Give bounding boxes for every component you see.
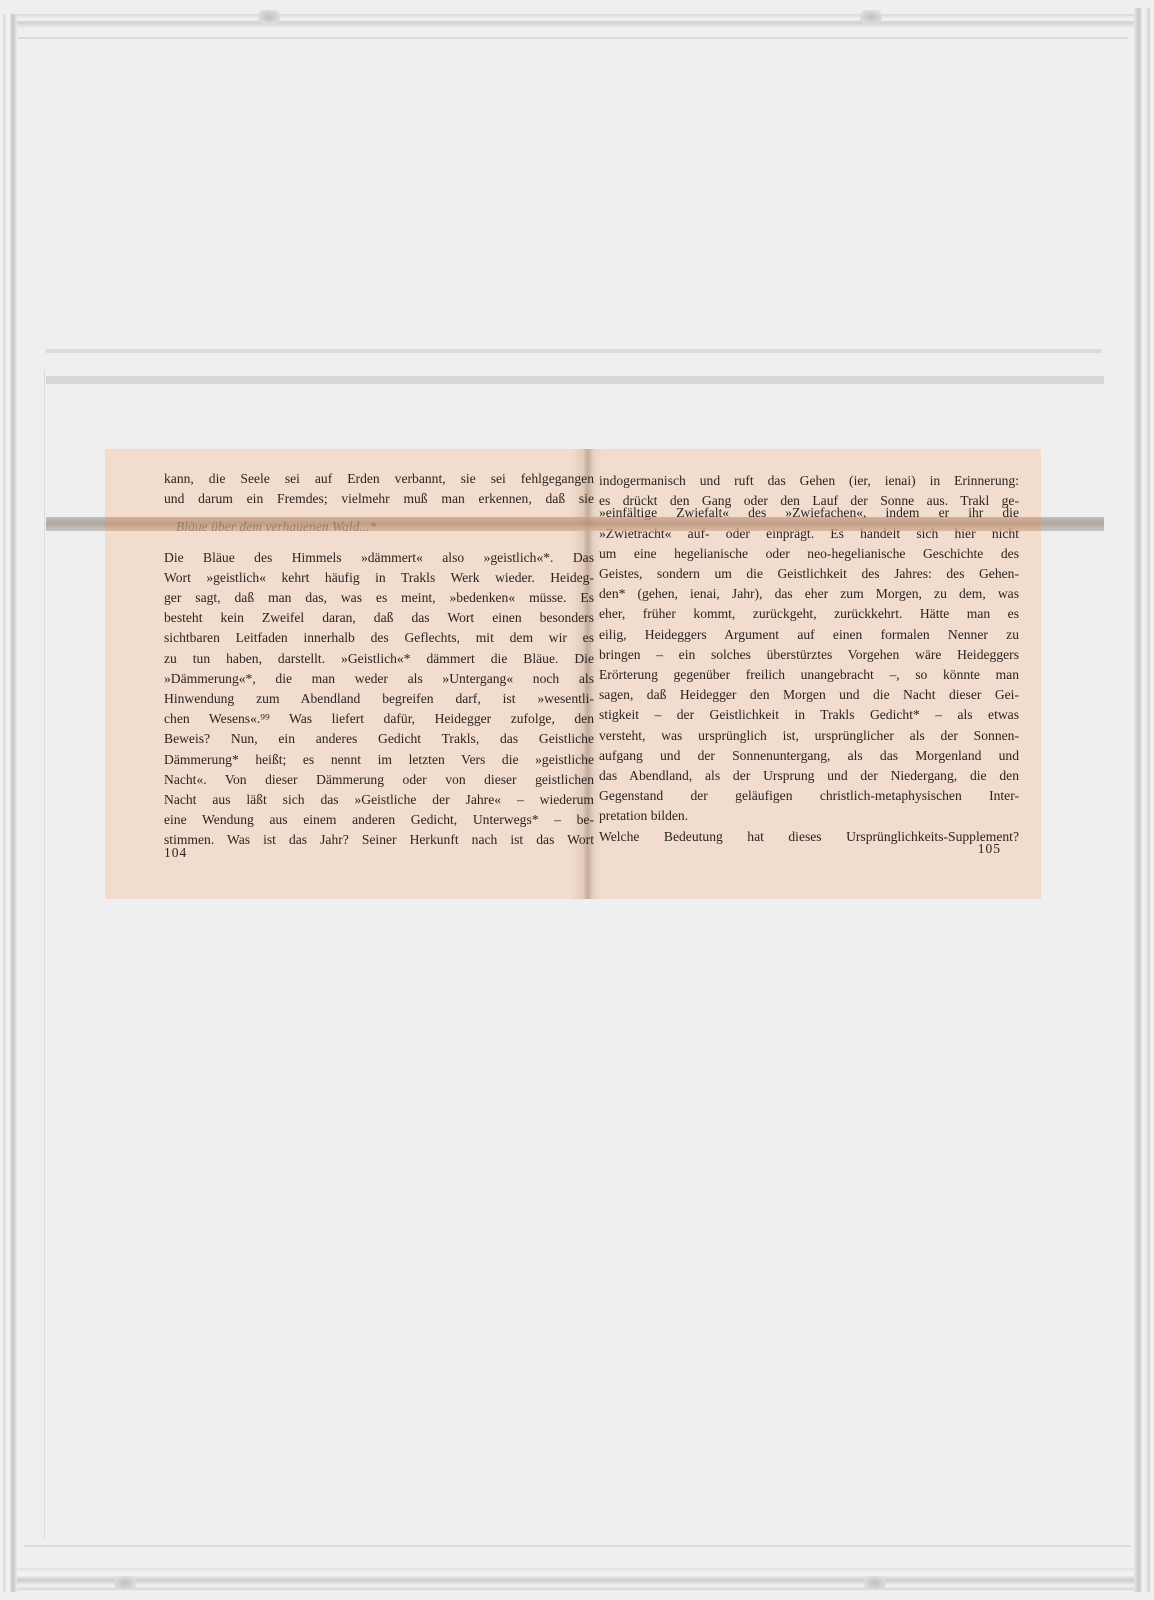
- text-line: eilig, Heideggers Argument auf einen for…: [599, 625, 1019, 645]
- mounting-peg: [258, 10, 280, 24]
- plexiglass-box: kann, die Seele sei auf Erden verbannt, …: [0, 0, 1154, 1600]
- text-line: um eine hegelianische oder neo-hegeliani…: [599, 544, 1019, 564]
- text-line: Dämmerung* heißt; es nennt im letzten Ve…: [164, 750, 594, 770]
- text-line: Die Bläue des Himmels »dämmert« also »ge…: [164, 548, 594, 568]
- text-line: ger sagt, daß man das, was es meint, »be…: [164, 588, 594, 608]
- box-top-edge: [6, 14, 1144, 28]
- text-line: chen Wesens«.⁹⁹ Was liefert dafür, Heide…: [164, 709, 594, 729]
- text-line: Wort »geistlich« kehrt häufig in Trakls …: [164, 568, 594, 588]
- inner-frame-line: [18, 37, 1128, 39]
- mounting-peg: [860, 10, 882, 24]
- text-line: das Abendland, als der Ursprung und der …: [599, 766, 1019, 786]
- mount-strip: [46, 349, 1102, 353]
- text-line: »Dämmerung«*, die man weder als »Unterga…: [164, 669, 594, 689]
- page-number-right: 105: [978, 841, 1001, 857]
- text-line: sichtbaren Leitfaden innerhalb des Gefle…: [164, 628, 594, 648]
- text-line: Hinwendung zum Abendland begreifen darf,…: [164, 689, 594, 709]
- box-right-edge: [1134, 8, 1150, 1592]
- text-line: Beweis? Nun, ein anderes Gedicht Trakls,…: [164, 729, 594, 749]
- text-line: stimmen. Was ist das Jahr? Seiner Herkun…: [164, 830, 594, 850]
- text-line: stigkeit – der Geistlichkeit in Trakls G…: [599, 705, 1019, 725]
- text-line: besteht kein Zweifel daran, daß das Wort…: [164, 608, 594, 628]
- text-line: bringen – ein solches überstürztes Vorge…: [599, 645, 1019, 665]
- text-line: pretation bilden.: [599, 806, 1019, 826]
- text-line: Geistes, sondern um die Geistlichkeit de…: [599, 564, 1019, 584]
- text-line: Nacht«. Von dieser Dämmerung oder von di…: [164, 770, 594, 790]
- text-line: sagen, daß Heidegger den Morgen und die …: [599, 685, 1019, 705]
- fold-band-over-paper: [105, 517, 1041, 531]
- text-line: eine Wendung aus einem anderen Gedicht, …: [164, 810, 594, 830]
- box-left-edge: [3, 14, 17, 1592]
- text-line: kann, die Seele sei auf Erden verbannt, …: [164, 469, 594, 489]
- page-number-left: 104: [164, 845, 187, 861]
- text-line: Gegenstand der geläufigen christlich-met…: [599, 786, 1019, 806]
- text-line: den* (gehen, ienai, Jahr), das eher zum …: [599, 584, 1019, 604]
- text-line: zu tun haben, darstellt. »Geistlich«* dä…: [164, 649, 594, 669]
- text-line: aufgang und der Sonnenuntergang, als das…: [599, 746, 1019, 766]
- mounting-peg: [864, 1576, 886, 1590]
- text-line: Erörterung gegenüber freilich unangebrac…: [599, 665, 1019, 685]
- text-line: eher, früher kommt, zurückgeht, zurückke…: [599, 604, 1019, 624]
- mounting-peg: [114, 1576, 136, 1590]
- inner-frame-line: [44, 370, 45, 1540]
- text-line: indogermanisch und ruft das Gehen (ier, …: [599, 471, 1019, 491]
- text-line: Nacht aus läßt sich das »Geistliche der …: [164, 790, 594, 810]
- text-line: und darum ein Fremdes; vielmehr muß man …: [164, 489, 594, 509]
- inner-frame-line: [24, 1545, 1130, 1547]
- text-line: Welche Bedeutung hat dieses Ursprünglich…: [599, 827, 1019, 847]
- mount-strip: [46, 376, 1104, 384]
- text-line: versteht, was ursprünglich ist, ursprüng…: [599, 726, 1019, 746]
- box-bottom-edge: [10, 1568, 1144, 1590]
